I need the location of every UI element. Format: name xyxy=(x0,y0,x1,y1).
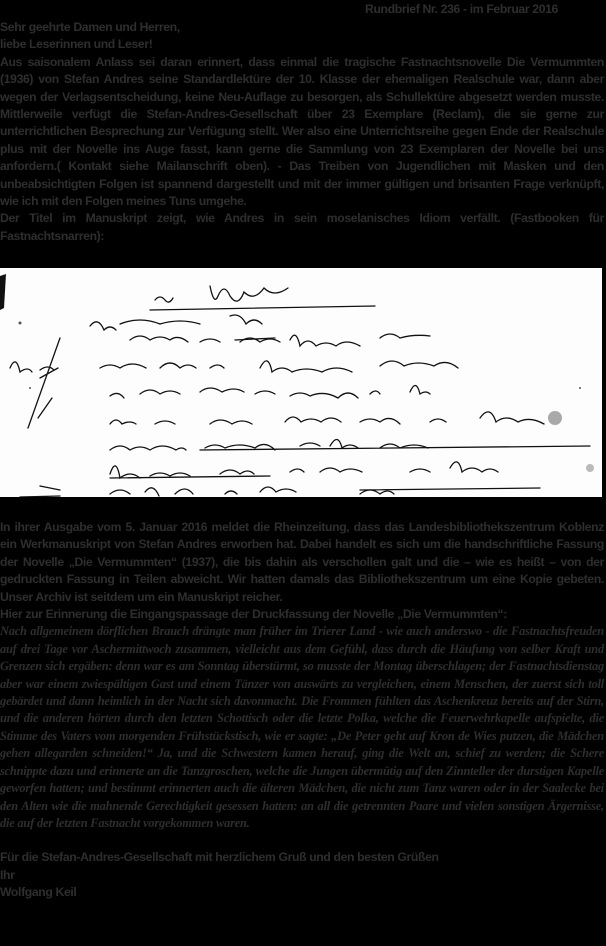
newsletter-header: Rundbrief Nr. 236 - im Februar 2016 xyxy=(0,0,604,19)
closing-ihr: Ihr xyxy=(0,867,604,884)
manuscript-caption: Der Titel im Manuskript zeigt, wie Andre… xyxy=(0,210,604,245)
newsletter-page: Rundbrief Nr. 236 - im Februar 2016 Sehr… xyxy=(0,0,604,245)
salutation-line-2: liebe Leserinnen und Leser! xyxy=(0,36,604,53)
acquisition-paragraph: In ihrer Ausgabe vom 5. Januar 2016 meld… xyxy=(0,519,604,606)
closing-line: Für die Stefan-Andres-Gesellschaft mit h… xyxy=(0,849,604,866)
novella-quote: Nach allgemeinem dörflichen Brauch dräng… xyxy=(0,623,604,832)
manuscript-image xyxy=(0,268,602,497)
salutation-line-1: Sehr geehrte Damen und Herren, xyxy=(0,19,604,36)
body-section: In ihrer Ausgabe vom 5. Januar 2016 meld… xyxy=(0,519,604,902)
quote-intro: Hier zur Erinnerung die Eingangspassage … xyxy=(0,606,604,623)
signature-name: Wolfgang Keil xyxy=(0,884,604,901)
intro-paragraph: Aus saisonalem Anlass sei daran erinnert… xyxy=(0,54,604,211)
handwriting-scan xyxy=(0,268,602,497)
